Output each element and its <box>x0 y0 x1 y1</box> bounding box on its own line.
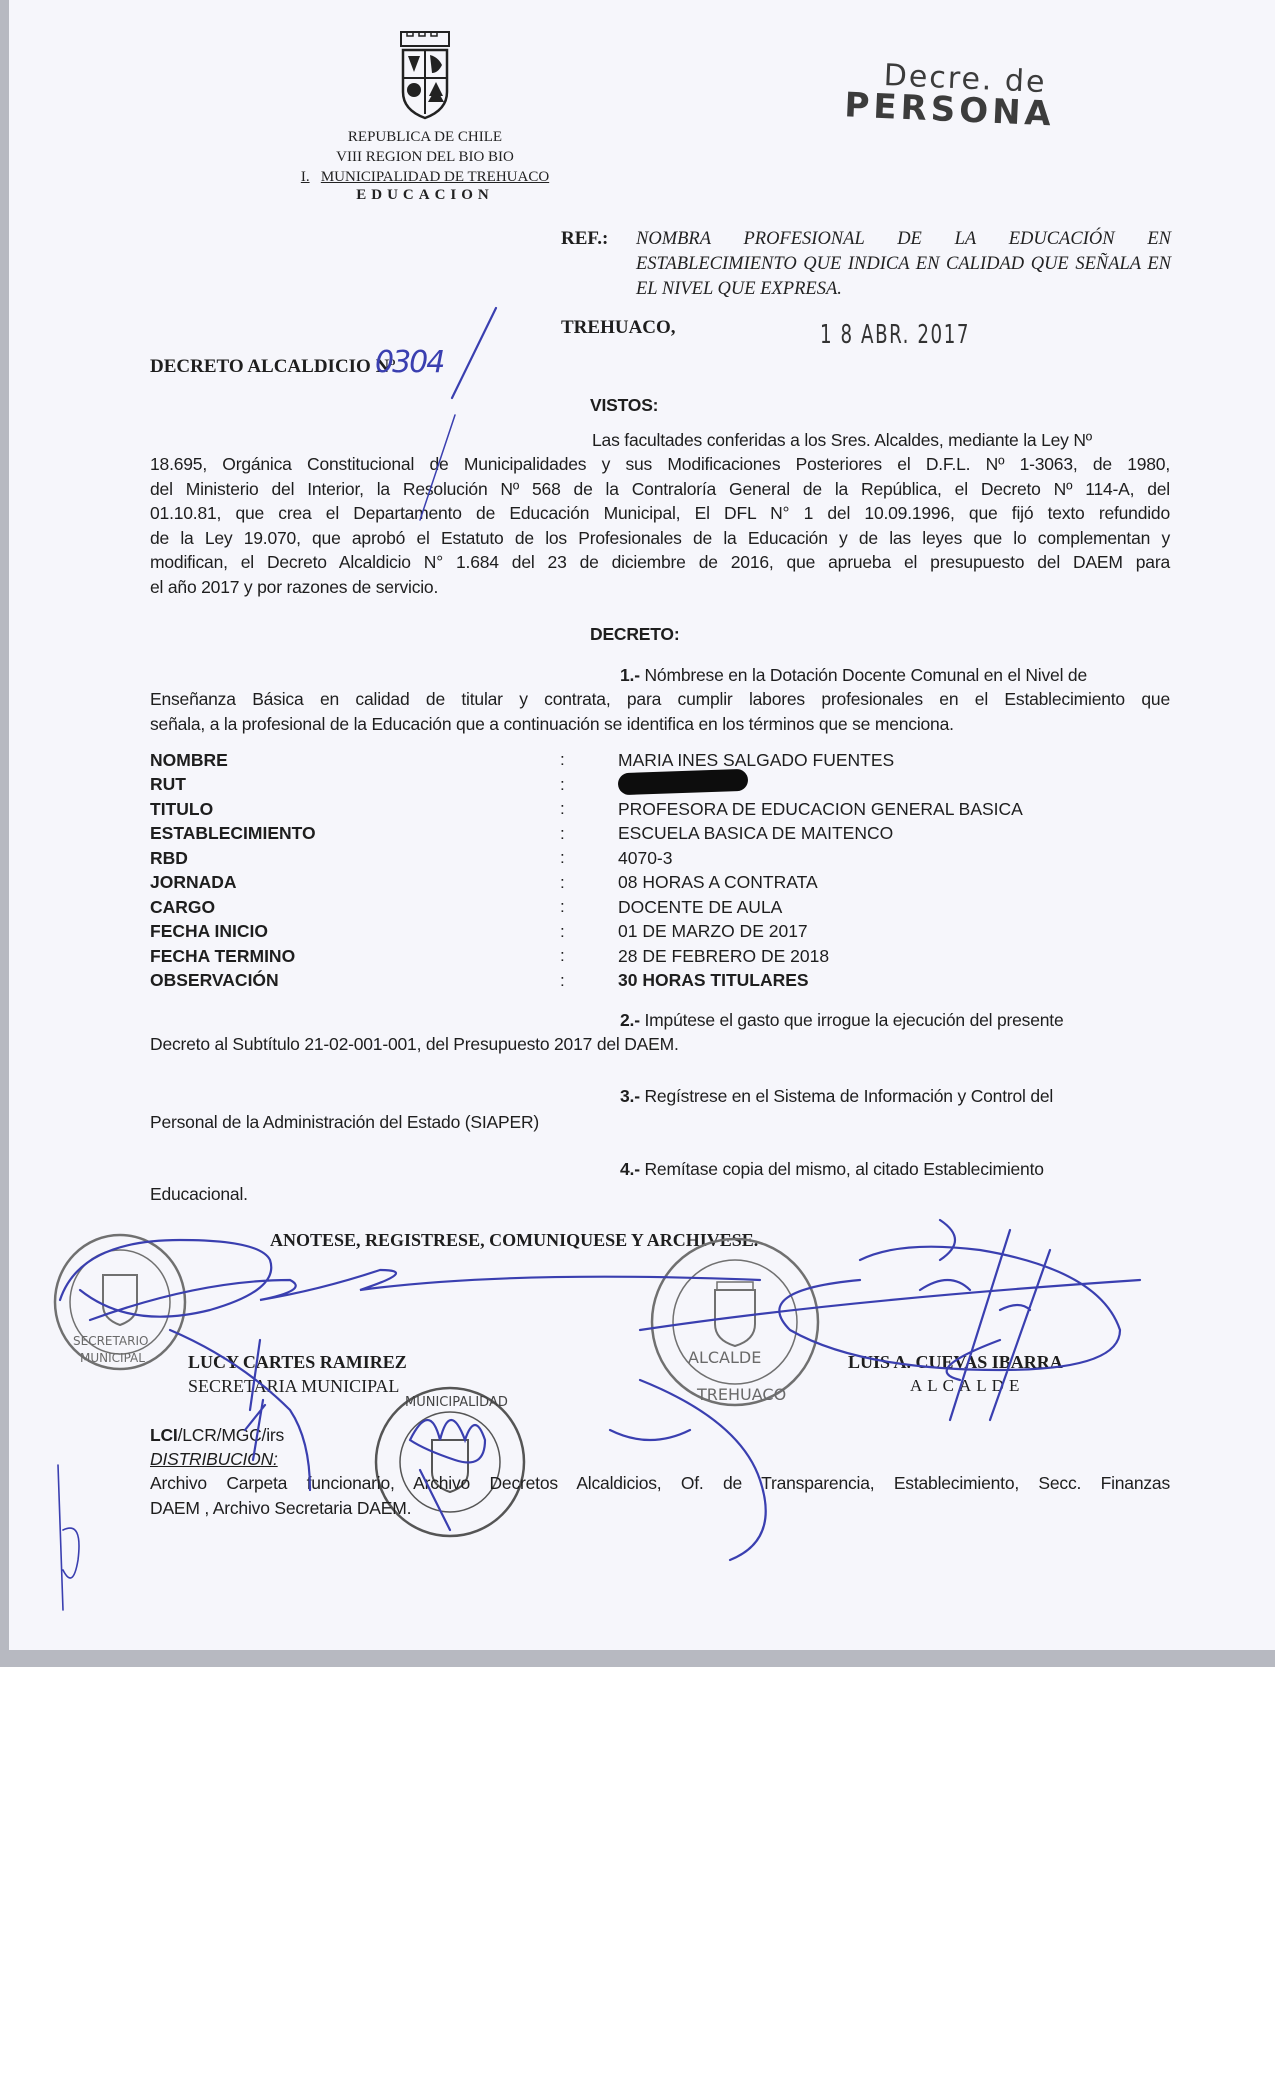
ref-label: REF.: <box>561 227 608 252</box>
item1-paragraph: Enseñanza Básica en calidad de titular y… <box>150 687 1170 736</box>
detail-row: FECHA INICIO:01 DE MARZO DE 2017 <box>150 920 1050 945</box>
item3-first-line: 3.- Regístrese en el Sistema de Informac… <box>620 1084 1170 1109</box>
distribucion-line1: Archivo Carpeta funcionario, Archivo Dec… <box>150 1471 1170 1496</box>
letterhead-department: EDUCACION <box>260 187 590 204</box>
distribucion-line2: DAEM , Archivo Secretaria DAEM. <box>150 1496 1170 1521</box>
detail-label: NOMBRE <box>150 750 560 771</box>
detail-row: RBD:4070-3 <box>150 846 1050 871</box>
letterhead-region: VIII REGION DEL BIO BIO <box>260 147 590 167</box>
item1-line3: señala, a la profesional de la Educación… <box>150 712 1170 737</box>
item2-number: 2.- <box>620 1010 640 1030</box>
detail-separator: : <box>560 848 618 868</box>
detail-label: ESTABLECIMIENTO <box>150 823 560 844</box>
detail-value: 08 HORAS A CONTRATA <box>618 872 818 893</box>
detail-label: TITULO <box>150 799 560 820</box>
detail-value: 01 DE MARZO DE 2017 <box>618 921 808 942</box>
detail-separator: : <box>560 946 618 966</box>
letterhead-country: REPUBLICA DE CHILE <box>260 127 590 147</box>
vistos-first-line: Las facultades conferidas a los Sres. Al… <box>592 428 1170 453</box>
letterhead-municipality-name: MUNICIPALIDAD DE TREHUACO <box>321 169 549 185</box>
decreto-heading: DECRETO: <box>590 622 679 647</box>
detail-label: FECHA INICIO <box>150 921 560 942</box>
distribucion-heading: DISTRIBUCION: <box>150 1447 278 1472</box>
detail-label: JORNADA <box>150 872 560 893</box>
detail-value: MARIA INES SALGADO FUENTES <box>618 750 894 771</box>
closing-statement: ANOTESE, REGISTRESE, COMUNIQUESE Y ARCHI… <box>270 1228 758 1253</box>
detail-row: JORNADA:08 HORAS A CONTRATA <box>150 871 1050 896</box>
vistos-line: 18.695, Orgánica Constitucional de Munic… <box>150 452 1170 477</box>
item4-first-line: 4.- Remítase copia del mismo, al citado … <box>620 1157 1170 1182</box>
vistos-line: 01.10.81, que crea el Departamento de Ed… <box>150 501 1170 526</box>
appointment-details-table: NOMBRE: MARIA INES SALGADO FUENTESRUT:TI… <box>150 748 1050 993</box>
decree-number-handwritten: 0304 <box>375 345 443 380</box>
initials-bold: LCI <box>150 1425 178 1445</box>
detail-label: RBD <box>150 848 560 869</box>
initials-rest: /LCR/MGC/irs <box>178 1425 285 1445</box>
detail-value: 30 HORAS TITULARES <box>618 970 809 991</box>
detail-row: RUT: <box>150 773 1050 798</box>
item4-line2: Educacional. <box>150 1182 248 1207</box>
detail-separator: : <box>560 897 618 917</box>
detail-separator: : <box>560 750 618 770</box>
date-stamp: 1 8 ABR. 2017 <box>820 320 970 350</box>
letterhead-municipality: I. MUNICIPALIDAD DE TREHUACO <box>260 167 590 187</box>
detail-value: ESCUELA BASICA DE MAITENCO <box>618 823 893 844</box>
item1-first-line: 1.- Nómbrese en la Dotación Docente Comu… <box>620 663 1170 688</box>
signature-left-title: SECRETARIA MUNICIPAL <box>188 1374 399 1399</box>
detail-separator: : <box>560 824 618 844</box>
decree-label: DECRETO ALCALDICIO Nº <box>150 355 396 380</box>
coat-of-arms-icon <box>395 30 455 125</box>
detail-row: TITULO:PROFESORA DE EDUCACION GENERAL BA… <box>150 797 1050 822</box>
detail-separator: : <box>560 922 618 942</box>
detail-value: 28 DE FEBRERO DE 2018 <box>618 946 829 967</box>
item2-first-line: 2.- Impútese el gasto que irrogue la eje… <box>620 1008 1170 1033</box>
signature-left-name: LUCY CARTES RAMIREZ <box>188 1350 407 1375</box>
detail-value: DOCENTE DE AULA <box>618 897 782 918</box>
detail-row: FECHA TERMINO:28 DE FEBRERO DE 2018 <box>150 944 1050 969</box>
detail-row: ESTABLECIMIENTO:ESCUELA BASICA DE MAITEN… <box>150 822 1050 847</box>
item2-text: Impútese el gasto que irrogue la ejecuci… <box>640 1010 1064 1030</box>
item3-line2: Personal de la Administración del Estado… <box>150 1110 539 1135</box>
item4-text: Remítase copia del mismo, al citado Esta… <box>640 1159 1044 1179</box>
detail-separator: : <box>560 971 618 991</box>
distribucion-list: Archivo Carpeta funcionario, Archivo Dec… <box>150 1471 1170 1520</box>
item1-number: 1.- <box>620 665 640 685</box>
detail-label: FECHA TERMINO <box>150 946 560 967</box>
letterhead-prefix: I. <box>301 169 310 185</box>
initials: LCI/LCR/MGC/irs <box>150 1423 284 1448</box>
place: TREHUACO, <box>561 316 676 341</box>
detail-separator: : <box>560 799 618 819</box>
item4-number: 4.- <box>620 1159 640 1179</box>
letterhead: REPUBLICA DE CHILE VIII REGION DEL BIO B… <box>260 30 590 204</box>
detail-label: RUT <box>150 774 560 795</box>
detail-value: 4070-3 <box>618 848 673 869</box>
item1-text: Nómbrese en la Dotación Docente Comunal … <box>640 665 1087 685</box>
detail-value-redacted <box>618 771 748 798</box>
vistos-line: de la Ley 19.070, que aprobó el Estatuto… <box>150 526 1170 551</box>
vistos-heading: VISTOS: <box>590 393 658 418</box>
item2-line2: Decreto al Subtítulo 21-02-001-001, del … <box>150 1032 679 1057</box>
detail-separator: : <box>560 873 618 893</box>
detail-row: CARGO: DOCENTE DE AULA <box>150 895 1050 920</box>
detail-separator: : <box>560 775 618 795</box>
redaction-mark <box>618 769 749 796</box>
rubber-stamp: Decre. de PERSONA <box>844 56 1107 136</box>
item3-number: 3.- <box>620 1086 640 1106</box>
vistos-line: modifican, el Decreto Alcaldicio N° 1.68… <box>150 550 1170 575</box>
vistos-paragraph: 18.695, Orgánica Constitucional de Munic… <box>150 452 1170 599</box>
vistos-line-last: el año 2017 y por razones de servicio. <box>150 575 1170 600</box>
detail-label: OBSERVACIÓN <box>150 970 560 991</box>
item1-line2: Enseñanza Básica en calidad de titular y… <box>150 687 1170 712</box>
item3-text: Regístrese en el Sistema de Información … <box>640 1086 1053 1106</box>
detail-label: CARGO <box>150 897 560 918</box>
ref-text: NOMBRA PROFESIONAL DE LA EDUCACIÓN EN ES… <box>636 227 1171 302</box>
detail-row: OBSERVACIÓN:30 HORAS TITULARES <box>150 969 1050 994</box>
detail-row: NOMBRE: MARIA INES SALGADO FUENTES <box>150 748 1050 773</box>
signature-right-title: ALCALDE <box>910 1374 1024 1399</box>
vistos-line: del Ministerio del Interior, la Resoluci… <box>150 477 1170 502</box>
detail-value: PROFESORA DE EDUCACION GENERAL BASICA <box>618 799 1023 820</box>
signature-right-name: LUIS A. CUEVAS IBARRA <box>848 1350 1063 1375</box>
